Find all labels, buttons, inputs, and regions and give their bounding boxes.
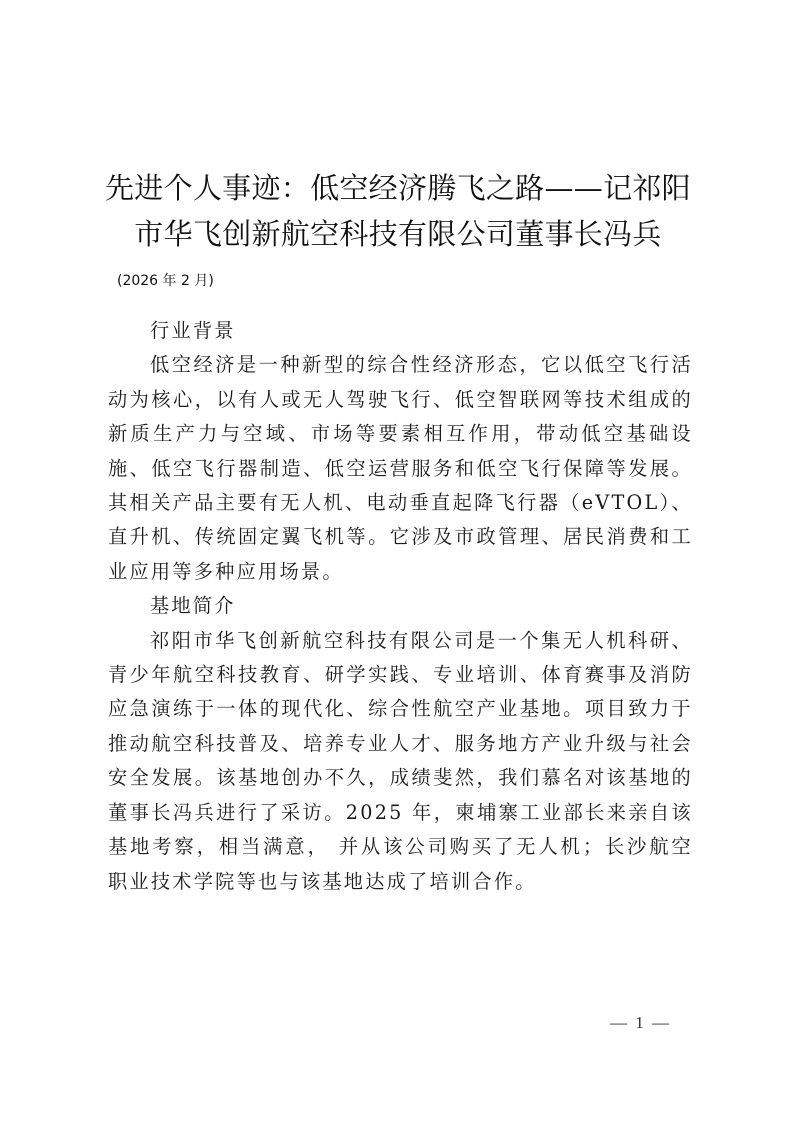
title-line-2: 市华飞创新航空科技有限公司董事长冯兵 (100, 211, 696, 257)
title-line-1: 先进个人事迹：低空经济腾飞之路——记祁阳 (100, 165, 696, 211)
section-paragraph-industry-background: 低空经济是一种新型的综合性经济形态，它以低空飞行活动为核心，以有人或无人驾驶飞行… (108, 348, 693, 589)
document-title: 先进个人事迹：低空经济腾飞之路——记祁阳 市华飞创新航空科技有限公司董事长冯兵 (100, 165, 696, 257)
page-number: — 1 — (610, 1013, 671, 1033)
section-heading-industry-background: 行业背景 (108, 314, 693, 348)
document-date: (2026 年 2 月) (117, 270, 214, 290)
section-heading-base-introduction: 基地简介 (108, 589, 693, 623)
document-body: 行业背景 低空经济是一种新型的综合性经济形态，它以低空飞行活动为核心，以有人或无… (108, 314, 693, 899)
section-paragraph-base-introduction: 祁阳市华飞创新航空科技有限公司是一个集无人机科研、青少年航空科技教育、研学实践、… (108, 624, 693, 899)
document-page: 先进个人事迹：低空经济腾飞之路——记祁阳 市华飞创新航空科技有限公司董事长冯兵 … (0, 0, 793, 1122)
